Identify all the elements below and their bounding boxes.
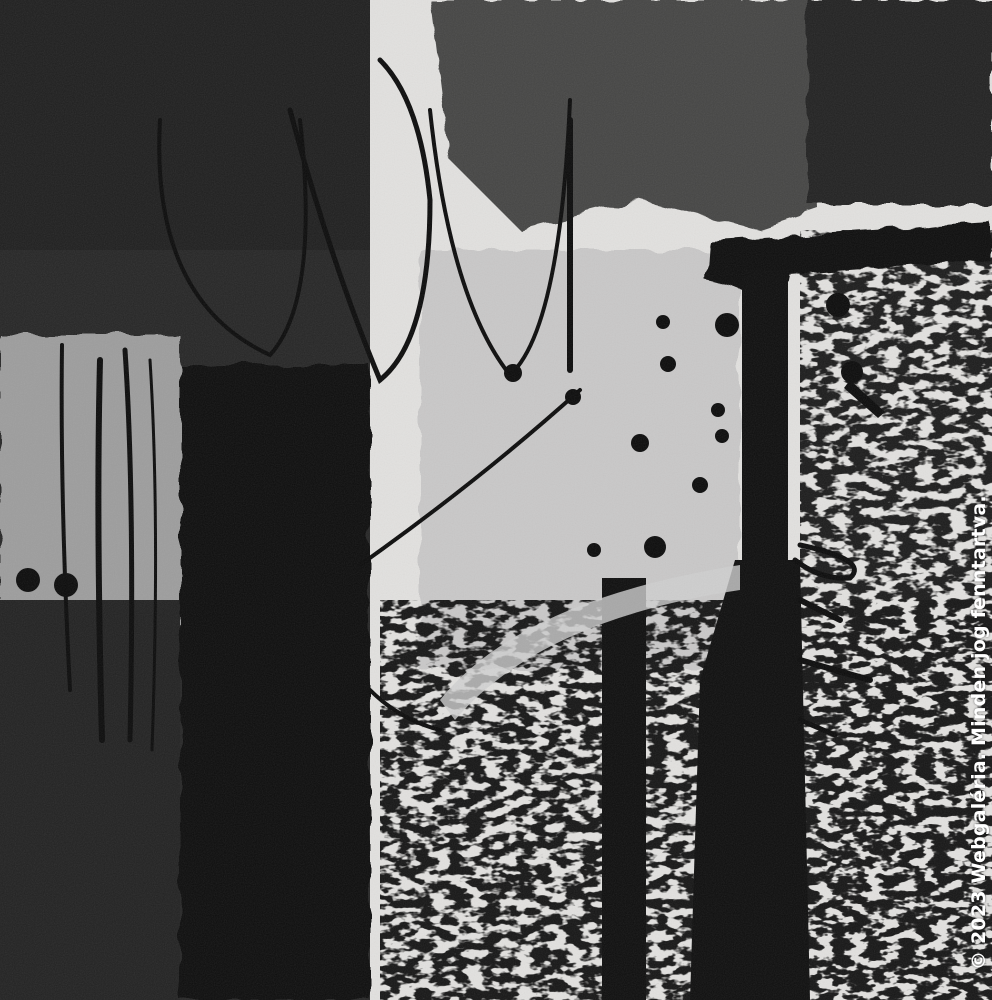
artwork-canvas: © 2023 Webgaléria. Minden jog fenntartva…: [0, 0, 992, 1000]
abstract-painting: [0, 0, 992, 1000]
copyright-watermark: © 2023 Webgaléria. Minden jog fenntartva…: [968, 495, 990, 970]
